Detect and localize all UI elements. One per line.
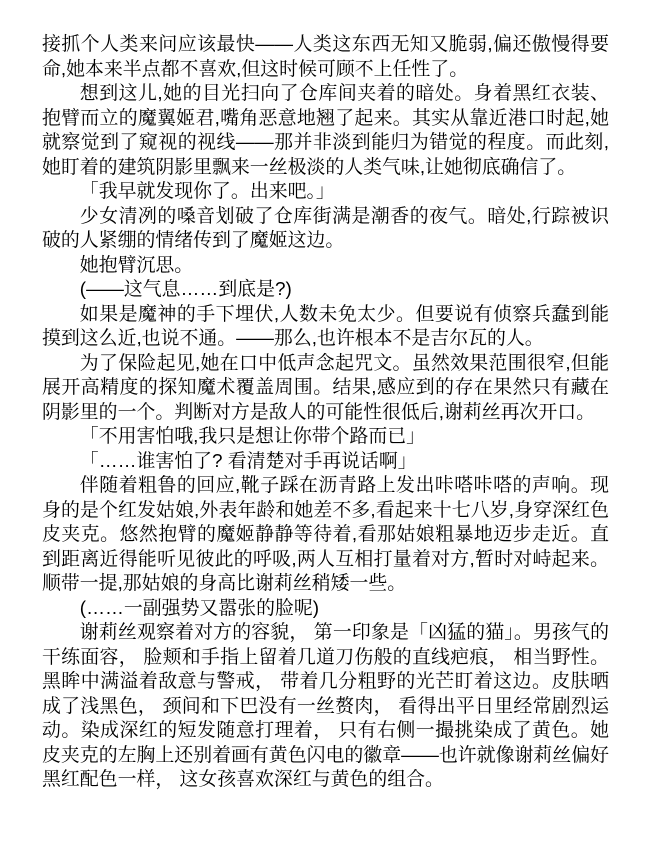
paragraph-dialogue: 「不用害怕哦,我只是想让你带个路而已」 <box>42 425 609 450</box>
paragraph-thought: (——这气息……到底是?) <box>42 278 609 303</box>
paragraph-dialogue: 「我早就发现你了。出来吧。」 <box>42 180 609 205</box>
novel-page: 接抓个人类来问应该最快——人类这东西无知又脆弱,偏还傲慢得要命,她本来半点都不喜… <box>0 0 650 850</box>
paragraph-narration: 为了保险起见,她在口中低声念起咒文。虽然效果范围很窄,但能展开高精度的探知魔术覆… <box>42 352 609 426</box>
text-column: 接抓个人类来问应该最快——人类这东西无知又脆弱,偏还傲慢得要命,她本来半点都不喜… <box>42 33 609 793</box>
paragraph-narration: 少女清冽的嗓音划破了仓库街满是潮香的夜气。暗处,行踪被识破的人紧绷的情绪传到了魔… <box>42 205 609 254</box>
paragraph-narration: 她抱臂沉思。 <box>42 254 609 279</box>
paragraph-narration: 如果是魔神的手下埋伏,人数未免太少。但要说有侦察兵蠢到能摸到这么近,也说不通。—… <box>42 303 609 352</box>
paragraph-narration: 伴随着粗鲁的回应,靴子踩在沥青路上发出咔嗒咔嗒的声响。现身的是个红发姑娘,外表年… <box>42 474 609 597</box>
paragraph-narration: 想到这儿,她的目光扫向了仓库间夹着的暗处。身着黑红衣装、抱臂而立的魔翼姬君,嘴角… <box>42 82 609 180</box>
paragraph-narration: 接抓个人类来问应该最快——人类这东西无知又脆弱,偏还傲慢得要命,她本来半点都不喜… <box>42 33 609 82</box>
paragraph-narration: 谢莉丝观察着对方的容貌， 第一印象是「凶猛的猫」。男孩气的干练面容， 脸颊和手指… <box>42 621 609 793</box>
paragraph-dialogue: 「……谁害怕了? 看清楚对手再说话啊」 <box>42 450 609 475</box>
paragraph-thought: (……一副强势又嚣张的脸呢) <box>42 597 609 622</box>
